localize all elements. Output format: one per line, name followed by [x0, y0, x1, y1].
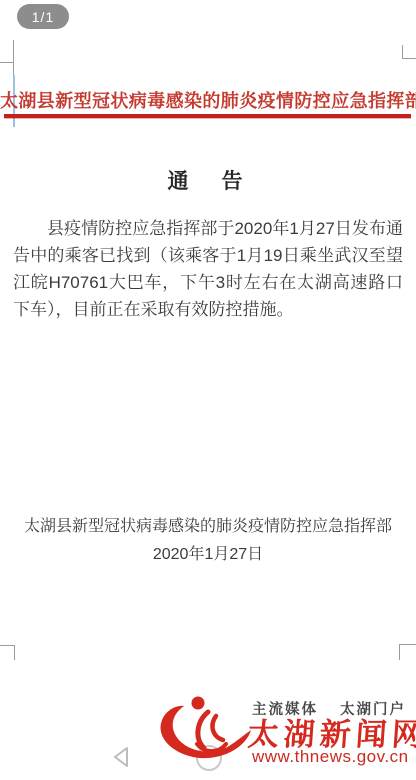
back-triangle-icon[interactable] — [110, 745, 132, 774]
page-corner-mark-bottom-right — [399, 644, 416, 645]
page-corner-mark-top-left — [0, 62, 13, 63]
page-corner-mark-bottom-left — [14, 645, 15, 660]
page-corner-mark-top-left — [13, 40, 14, 75]
page-indicator-badge: 1/1 — [17, 4, 69, 29]
document-body-paragraph: 县疫情防控应急指挥部于2020年1月27日发布通告中的乘客已找到（该乘客于1月1… — [13, 215, 403, 323]
page-corner-mark-bottom-right — [399, 644, 400, 660]
page-corner-mark-top-right — [402, 58, 416, 59]
document-title: 通 告 — [0, 165, 416, 195]
document-header: 太湖县新型冠状病毒感染的肺炎疫情防控应急指挥部 — [0, 87, 416, 113]
document-signature: 太湖县新型冠状病毒感染的肺炎疫情防控应急指挥部 — [0, 513, 416, 536]
header-underline — [4, 114, 411, 118]
watermark-site-url: www.thnews.gov.cn — [252, 747, 409, 767]
document-viewer-screen: 1/1 太湖县新型冠状病毒感染的肺炎疫情防控应急指挥部 通 告 县疫情防控应急指… — [0, 0, 416, 780]
page-corner-mark-top-right — [402, 45, 403, 59]
taihu-news-logo-icon — [153, 694, 257, 771]
page-corner-mark-bottom-left — [0, 645, 14, 646]
document-date: 2020年1月27日 — [0, 541, 416, 564]
